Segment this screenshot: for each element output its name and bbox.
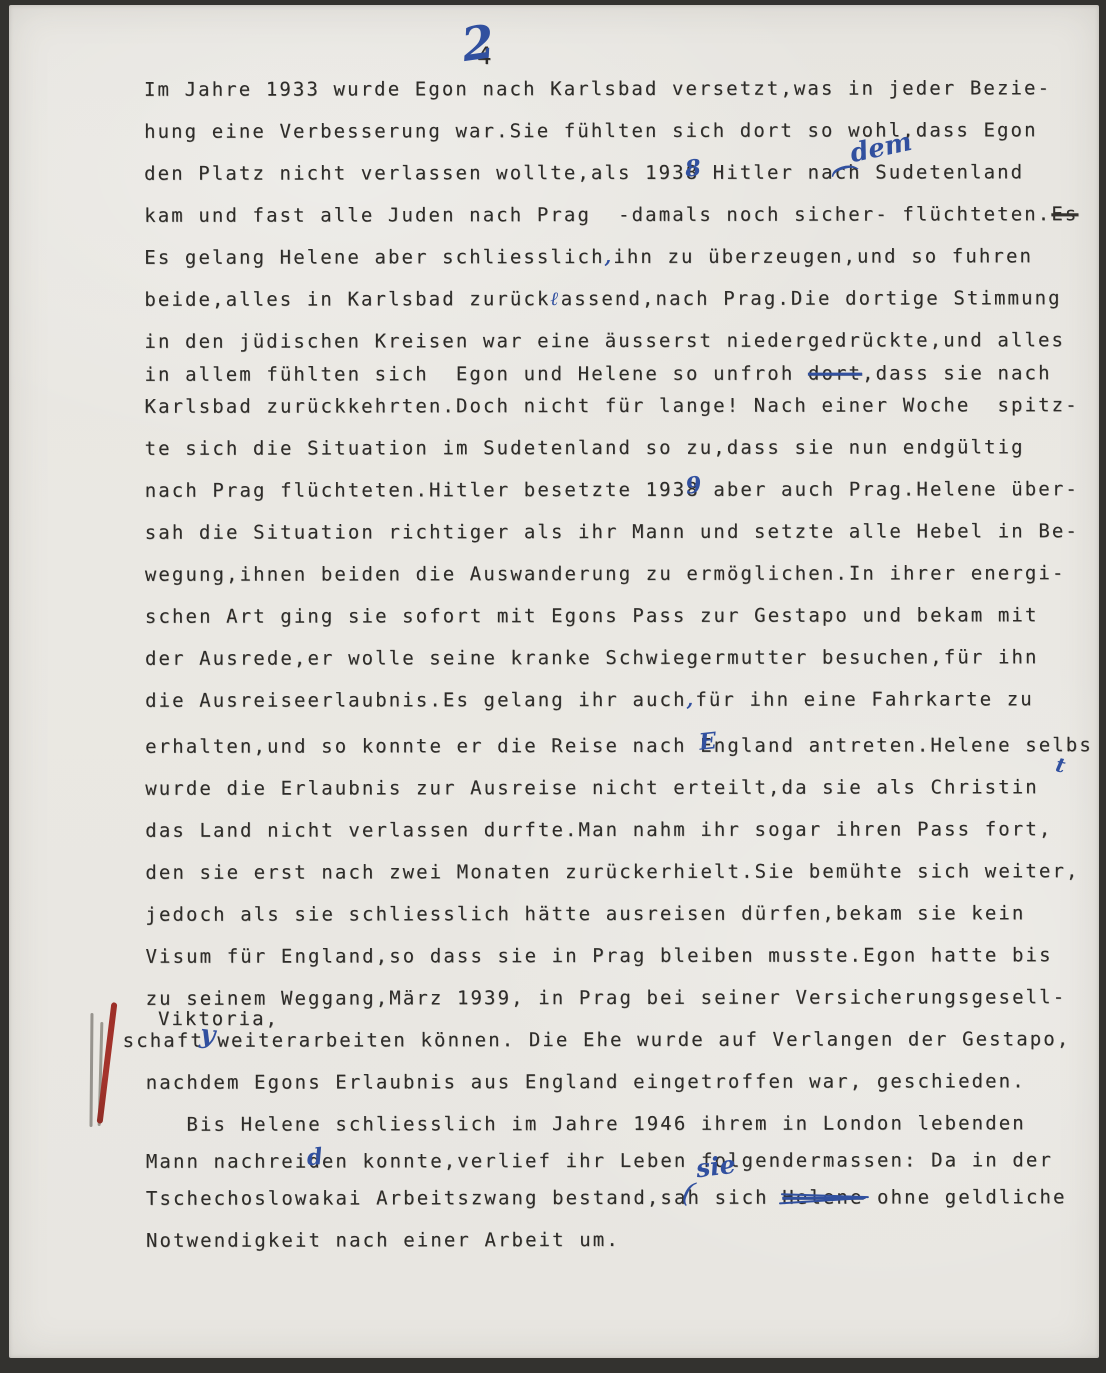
typed-line: erhalten,und so konnte er die Reise nach… — [145, 730, 1095, 774]
typed-text: wegung,ihnen beiden die Auswanderung zu … — [145, 562, 1066, 586]
typed-text: nach Prag flüchteten.Hitler besetzte 193 — [145, 479, 687, 502]
handwritten-insertion-sie: sie — [694, 1150, 737, 1184]
handwritten-inline-correction: ℓ — [551, 288, 561, 310]
typed-line: te sich die Situation im Sudetenland so … — [145, 432, 1095, 476]
typed-line: wegung,ihnen beiden die Auswanderung zu … — [145, 558, 1095, 602]
typed-line: den sie erst nach zwei Monaten zurückerh… — [145, 856, 1095, 900]
typed-line: Tschechoslowakai Arbeitszwang bestand,sa… — [146, 1182, 1096, 1226]
typed-text: kam und fast alle Juden nach Prag -damal… — [144, 203, 1051, 227]
insertion-caret-mark: y — [198, 1019, 216, 1050]
typed-text: Mann nachrei — [146, 1151, 309, 1173]
blue-overwrite-mark: 9 — [684, 470, 705, 502]
typed-text: sah die Situation richtiger als ihr Mann… — [145, 520, 1079, 544]
typed-text: schen Art ging sie sofort mit Egons Pass… — [145, 604, 1039, 628]
typed-line: hung eine Verbesserung war.Sie fühlten s… — [144, 115, 1094, 159]
typed-text: schaft weiterarbeiten können. Die Ehe wu… — [123, 1028, 1071, 1052]
typed-text: Notwendigkeit nach einer Arbeit um. — [146, 1229, 620, 1252]
handwritten-inline-correction: , — [687, 689, 696, 711]
typed-text: die Ausreiseerlaubnis.Es gelang ihr auch — [145, 689, 687, 712]
handwritten-inline-correction: , — [605, 246, 614, 268]
typed-line: sah die Situation richtiger als ihr Mann… — [145, 516, 1095, 560]
blue-overwrite-mark: d — [306, 1142, 327, 1174]
typed-line: Notwendigkeit nach einer Arbeit um. — [146, 1224, 1096, 1268]
typed-text: Karlsbad zurückkehrten.Doch nicht für la… — [145, 394, 1079, 418]
typed-text: te sich die Situation im Sudetenland so … — [145, 436, 1025, 460]
typed-text: en konnte,verlief ihr Leben folgendermas… — [322, 1149, 1053, 1172]
typed-line: Visum für England,so dass sie in Prag bl… — [145, 940, 1095, 984]
overtyped-correction: dd — [308, 1147, 322, 1177]
typed-line: Im Jahre 1933 wurde Egon nach Karlsbad v… — [144, 73, 1094, 117]
typed-text: ohne geldliche — [863, 1186, 1066, 1208]
typed-text: aber auch Prag.Helene über- — [700, 478, 1079, 501]
typed-text: der Ausrede,er wolle seine kranke Schwie… — [145, 646, 1039, 670]
struck-through-text: Helene — [782, 1187, 863, 1209]
scanned-document-page: 4 2 Im Jahre 1933 wurde Egon nach Karlsb… — [0, 0, 1106, 1373]
typed-text: Im Jahre 1933 wurde Egon nach Karlsbad v… — [144, 77, 1051, 101]
typed-text: Bis Helene schliesslich im Jahre 1946 ih… — [146, 1112, 1026, 1136]
typed-text: für ihn eine Fahrkarte zu — [695, 688, 1034, 711]
typed-text: das Land nicht verlassen durfte.Man nahm… — [145, 818, 1052, 842]
typed-line: jedoch als sie schliesslich hätte ausrei… — [145, 898, 1095, 942]
typed-text: in allem fühlten sich Egon und Helene so… — [144, 363, 807, 386]
typed-text: Visum für England,so dass sie in Prag bl… — [145, 944, 1052, 968]
typed-line: schaft weiterarbeiten können. Die Ehe wu… — [123, 1024, 1096, 1068]
typed-line: wurde die Erlaubnis zur Ausreise nicht e… — [145, 772, 1095, 816]
typed-text: den Platz nicht verlassen wollte,als 193 — [144, 162, 686, 185]
typed-text: ,dass sie nach — [862, 362, 1052, 384]
struck-through-text: dort — [808, 363, 862, 385]
typed-text: in den jüdischen Kreisen war eine äusser… — [144, 329, 1065, 353]
typed-line: nach Prag flüchteten.Hitler besetzte 193… — [145, 474, 1095, 518]
typed-line: kam und fast alle Juden nach Prag -damal… — [144, 199, 1094, 243]
typed-text: ngland antreten.Helene selbs — [714, 734, 1093, 757]
typed-line: der Ausrede,er wolle seine kranke Schwie… — [145, 642, 1095, 686]
typed-text: assend,nach Prag.Die dortige Stimmung — [561, 287, 1062, 310]
typed-line: Es gelang Helene aber schliesslich,ihn z… — [144, 241, 1094, 285]
typed-line: beide,alles in Karlsbad zurückℓassend,na… — [144, 283, 1094, 327]
typed-text: nachdem Egons Erlaubnis aus England eing… — [146, 1070, 1026, 1094]
blue-overwrite-mark: E — [698, 726, 721, 758]
typed-text-block: Im Jahre 1933 wurde Egon nach Karlsbad v… — [144, 73, 1096, 1268]
typed-text: ihn zu überzeugen,und so fuhren — [613, 245, 1033, 268]
typed-insertion-viktoria: Viktoria, — [158, 1008, 279, 1030]
blue-overwrite-mark: 8 — [683, 153, 704, 185]
typed-text: zu seinem Weggang,März 1939, in Prag bei… — [146, 986, 1067, 1010]
overtyped-correction: 88 — [686, 158, 700, 188]
typed-text: wurde die Erlaubnis zur Ausreise nicht e… — [145, 776, 1039, 800]
typed-line: nachdem Egons Erlaubnis aus England eing… — [146, 1066, 1096, 1110]
typed-line: schen Art ging sie sofort mit Egons Pass… — [145, 600, 1095, 644]
typed-text: den sie erst nach zwei Monaten zurückerh… — [145, 860, 1079, 884]
struck-through-text: Es — [1051, 203, 1078, 225]
typed-text: Es gelang Helene aber schliesslich — [144, 246, 604, 269]
overtyped-correction: EE — [700, 731, 714, 761]
typed-text: jedoch als sie schliesslich hätte ausrei… — [145, 902, 1025, 926]
overtyped-correction: 89 — [686, 475, 700, 505]
typed-text: beide,alles in Karlsbad zurück — [144, 288, 550, 311]
typed-text: erhalten,und so konnte er die Reise nach — [145, 735, 700, 758]
typed-line: zu seinem Weggang,März 1939, in Prag bei… — [146, 982, 1096, 1026]
typed-line: das Land nicht verlassen durfte.Man nahm… — [145, 814, 1095, 858]
typed-line: den Platz nicht verlassen wollte,als 193… — [144, 157, 1094, 201]
typed-line: Karlsbad zurückkehrten.Doch nicht für la… — [145, 390, 1095, 434]
typed-line: die Ausreiseerlaubnis.Es gelang ihr auch… — [145, 684, 1095, 728]
